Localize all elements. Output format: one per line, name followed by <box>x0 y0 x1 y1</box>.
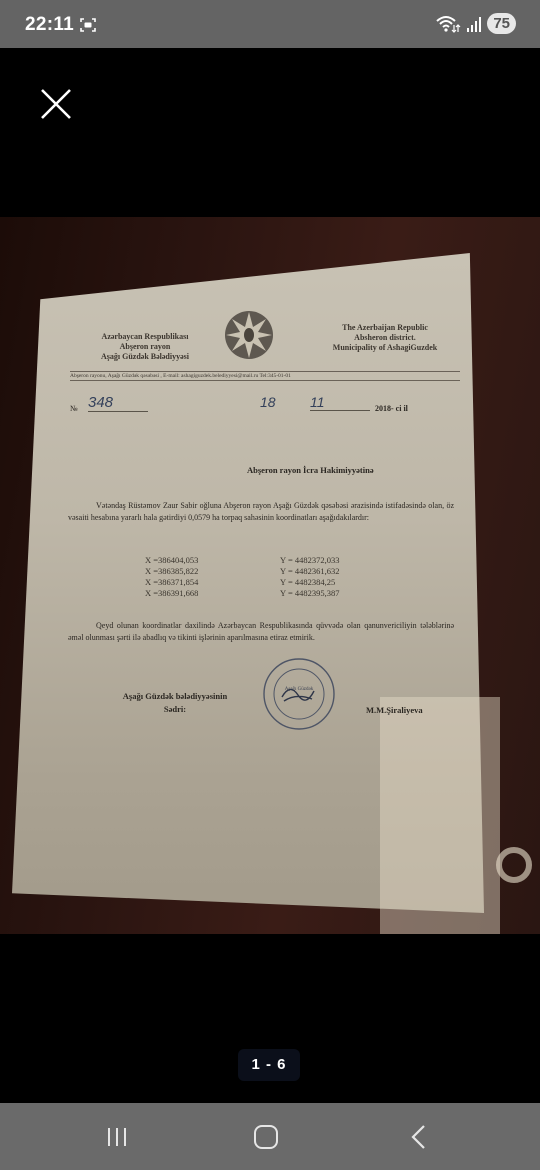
date-month: 11 <box>310 394 370 411</box>
body-paragraph-1: Vətəndaş Rüstəmov Zaur Sabir oğluna Abşe… <box>68 500 454 524</box>
signatory-name: M.M.Şiraliyeva <box>366 705 423 715</box>
body-paragraph-2: Qeyd olunan koordinatlar daxilində Azərb… <box>68 620 454 644</box>
address-line: Abşeron rayonu, Aşağı Güzdək qəsəbəsi , … <box>70 371 460 381</box>
number-label: № <box>70 404 78 413</box>
screenshot-icon <box>80 18 96 32</box>
state-emblem-icon <box>222 308 276 362</box>
page-counter: 1 - 6 <box>238 1049 300 1081</box>
coordinate-row: X =386371,854 Y = 4482384,25 <box>145 577 340 588</box>
date-year: 2018- ci il <box>375 404 408 413</box>
header-left: Azərbaycan Respublikası Abşeron rayon Aş… <box>80 332 210 362</box>
recents-icon[interactable] <box>100 1120 134 1154</box>
header-right: The Azerbaijan Republic Absheron distric… <box>305 323 465 353</box>
signal-icon <box>466 16 482 32</box>
date-day: 18 <box>260 394 298 410</box>
official-seal-icon: Aşağı Güzdək <box>262 657 336 731</box>
back-icon[interactable] <box>402 1120 436 1154</box>
coordinate-row: X =386385,822 Y = 4482361,632 <box>145 566 340 577</box>
coordinates-table: X =386404,053 Y = 4482372,033 X =386385,… <box>145 555 340 599</box>
navigation-bar <box>0 1103 540 1170</box>
wifi-icon <box>435 15 461 33</box>
close-icon[interactable] <box>38 86 74 122</box>
svg-text:Aşağı Güzdək: Aşağı Güzdək <box>285 687 314 692</box>
clock: 22:11 <box>25 14 74 36</box>
coordinate-row: X =386391,668 Y = 4482395,387 <box>145 588 340 599</box>
coordinate-row: X =386404,053 Y = 4482372,033 <box>145 555 340 566</box>
status-bar: 22:11 75 <box>0 0 540 48</box>
home-icon[interactable] <box>249 1120 283 1154</box>
signatory-title: Aşağı Güzdək bələdiyyəsinin Sədri: <box>100 690 250 716</box>
battery-icon: 75 <box>487 13 516 34</box>
document-number: 348 <box>88 394 148 412</box>
document-content: Azərbaycan Respublikası Abşeron rayon Aş… <box>0 217 540 934</box>
document-photo[interactable]: Azərbaycan Respublikası Abşeron rayon Aş… <box>0 217 540 934</box>
addressee: Abşeron rayon İcra Hakimiyyətinə <box>247 465 374 475</box>
